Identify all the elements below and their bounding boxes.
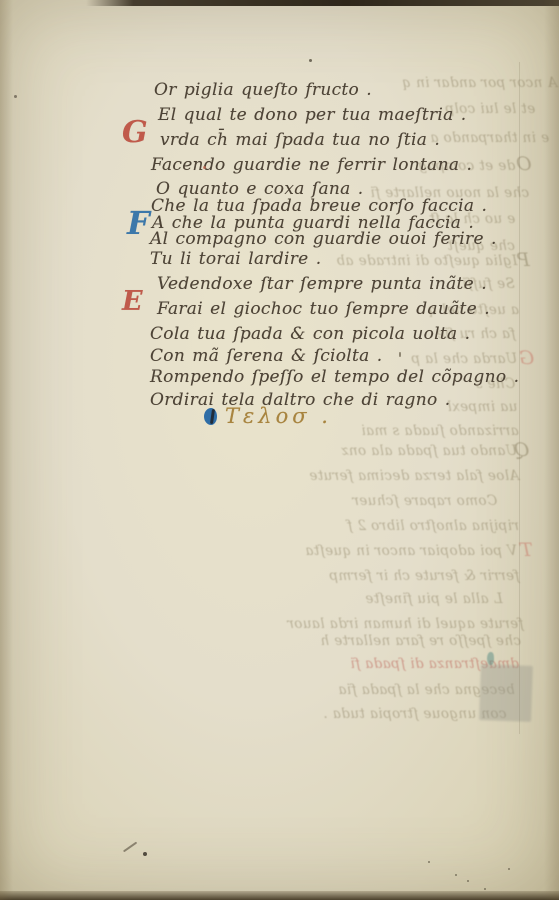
page-bottom-edge — [0, 891, 559, 900]
ink-speck — [143, 852, 147, 856]
illuminated-initial-F: F — [127, 207, 150, 239]
showthrough-line: Uarda che la p — [411, 351, 517, 367]
manuscript-text-line: Cola tua ſpada & con picola uolta . — [150, 324, 470, 344]
manuscript-text-line: Facendo guardie ne ferrir lontana . — [151, 155, 472, 175]
ink-speck — [455, 874, 457, 876]
manuscript-text-line: vrda ch̄ mai ſpada tua no ſtia . — [160, 130, 440, 150]
showthrough-line: e in tharpando a — [430, 130, 549, 146]
showthrough-line: Como rapare ſchuer — [352, 493, 497, 509]
blue-paragraph-mark-icon — [204, 408, 217, 425]
showthrough-line: ua impexl — [447, 399, 517, 415]
red-speck — [203, 166, 206, 169]
showthrough-line: Uando tua ſpada ala onz — [341, 443, 517, 459]
showthrough-initial-block — [479, 664, 533, 722]
illuminated-initial-G: G — [122, 118, 148, 148]
showthrough-line: arrizando ſuada s mai — [361, 423, 519, 439]
ink-speck — [309, 59, 312, 62]
ink-speck — [484, 888, 486, 890]
manuscript-text-line: Con mã ſerena & ſciolta . — [150, 346, 383, 366]
showthrough-initial: T — [520, 539, 533, 561]
showthrough-line: ferute aquel di human irda lauor — [287, 616, 524, 632]
manuscript-text-line: Rompendo ſpeſſo el tempo del cõpagno . — [150, 367, 519, 387]
showthrough-line: L alla le piu fineſte — [365, 591, 503, 607]
scratch-mark — [123, 842, 137, 852]
ink-speck — [508, 868, 510, 870]
showthrough-initial: G — [519, 347, 534, 369]
showthrough-initial: Q — [514, 439, 530, 461]
explicit-telos: Τελοσ . — [225, 404, 332, 428]
manuscript-text-line: Farai el giochoc tuo ſempre dauãte . — [157, 299, 490, 319]
showthrough-line: ripijna alnoſtro libro 2 f — [347, 518, 519, 534]
ink-speck — [428, 861, 430, 863]
manuscript-page: A ncor por andar in qet le lui colpe in … — [0, 0, 559, 900]
ink-speck — [467, 880, 469, 882]
illuminated-initial-E: E — [122, 288, 143, 315]
page-top-edge — [86, 0, 559, 6]
showthrough-line: A ncor por andar in q — [402, 75, 557, 91]
ruling-line — [519, 62, 520, 734]
manuscript-text-line: Vedendoxe ſtar ſempre punta inãte . — [157, 274, 487, 294]
page-left-edge — [0, 0, 13, 900]
manuscript-text-line: Tu li torai lardire . — [150, 249, 321, 269]
manuscript-text-line: Al compagno con guardie ouoi ferire . — [150, 229, 497, 249]
showthrough-line: ferrir & ferute ch ir fermp — [329, 568, 519, 584]
manuscript-text-line: Or piglia queſto fructo . — [154, 80, 372, 100]
showthrough-line: V poi adopiar ancor in queſta — [305, 543, 517, 559]
stray-comma-mark — [399, 352, 401, 357]
showthrough-line: che ſpeſſo re fara nellarte h — [320, 633, 521, 649]
showthrough-paragraph-mark — [487, 652, 494, 665]
showthrough-line: Iglia queſto di intrade ab — [336, 253, 517, 269]
showthrough-line: Aloe fala terza decima ferute — [309, 468, 519, 484]
ink-speck — [14, 95, 17, 98]
manuscript-text-line: El qual te dono per tua maeſtria . — [158, 105, 467, 125]
